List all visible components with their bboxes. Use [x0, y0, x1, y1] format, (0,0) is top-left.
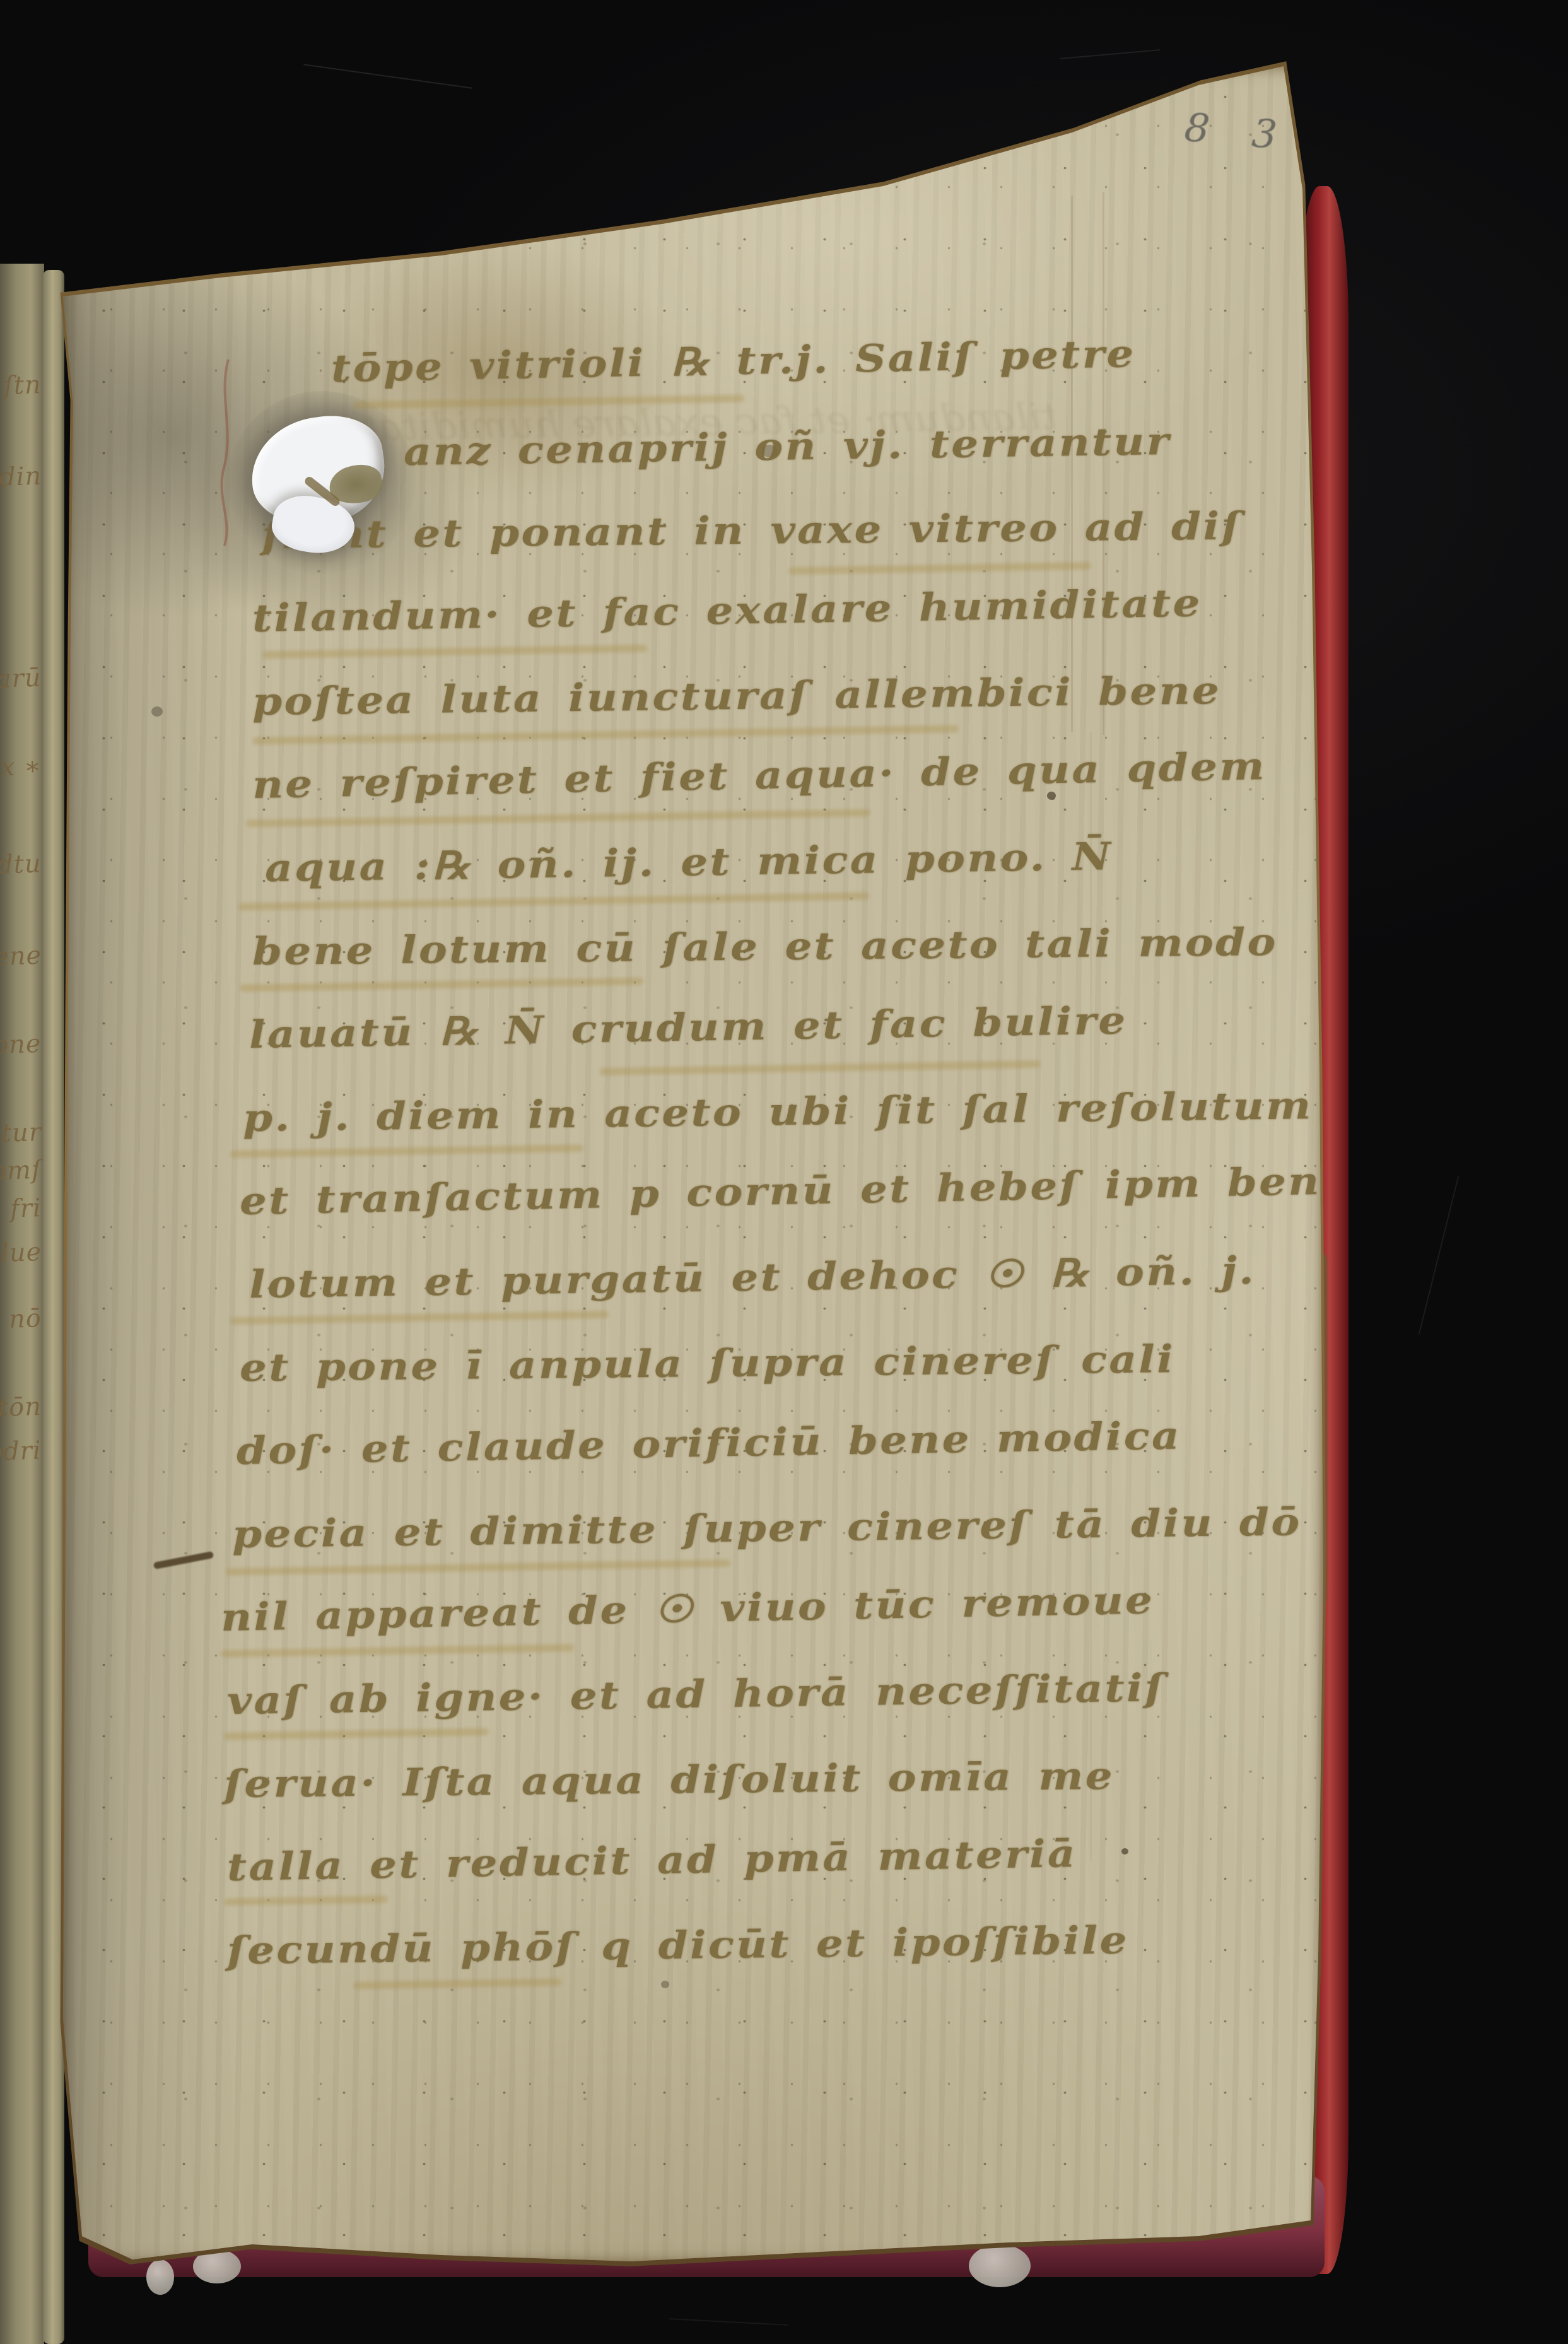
facing-page-text-fragment: ex ∗ [0, 751, 42, 782]
facing-page-text-fragment: nō [8, 1304, 42, 1334]
manuscript-text-line: p. j. diem in aceto ubi ſit ſal reſolutu… [242, 1077, 1313, 1147]
facing-page-text-fragment: omſ [0, 1156, 42, 1187]
facing-page-text-fragment: odtu [0, 849, 42, 880]
glue-blob [969, 2244, 1031, 2287]
scratch-mark [1060, 49, 1161, 59]
manuscript-text-line: tilandum· et fac exalare humiditate [252, 575, 1202, 647]
manuscript-text-line: anz cenaprij oñ vj. terrantur [403, 413, 1171, 481]
ink-smear-underline [230, 1144, 583, 1158]
red-pigment-mark [214, 356, 242, 552]
facing-page-text-fragment: din [0, 462, 42, 492]
manuscript-text-line: vaſ ab igne· et ad horā neceſſitatiſ [226, 1660, 1166, 1730]
manuscript-text-line: ſecundū phōſ q dicūt et ipoſſibile [226, 1912, 1129, 1979]
manuscript-text-line: lotum et purgatū et dehoc ☉ ℞ oñ. j. [249, 1243, 1256, 1313]
ink-spot [661, 1981, 669, 1988]
manuscript-text-line: tōpe vitrioli ℞ tr.j. Saliſ petre [331, 325, 1137, 397]
facing-page-text-fragment: tōn [0, 1392, 42, 1422]
manuscript-text-line: fiunt et ponant in vaxe vitreo ad diſ [261, 498, 1242, 564]
facing-page-text-fragment: one [0, 1029, 42, 1060]
manuscript-text-line: talla et reducit ad pmā materiā [226, 1825, 1078, 1896]
manuscript-text-line: lauatū ℞ N̄ crudum et fac bulire [249, 992, 1128, 1064]
manuscript-text-line: pecia et dimitte ſuper cinereſ tā diu dō [231, 1494, 1302, 1563]
gutter-page-fold [43, 270, 64, 2344]
glue-blob [146, 2259, 174, 2295]
scratch-mark [669, 2318, 788, 2326]
manuscript-text-line: poſtea luta iuncturaſ allembici bene [252, 662, 1221, 730]
facing-page-text-fragment: larū [0, 664, 42, 694]
ink-smear-underline [221, 1644, 574, 1658]
ink-smear-underline [224, 1896, 388, 1906]
facing-page-text-fragment: fri [9, 1193, 42, 1224]
folio-number: 8 3 [1183, 104, 1294, 160]
facing-page-text-fragment: odri [0, 1436, 42, 1467]
manuscript-text-line: nil appareat de ☉ viuo tūc remoue [220, 1572, 1155, 1646]
ink-spot [151, 706, 163, 717]
ink-smear-underline [599, 1060, 1041, 1075]
manuscript-page: tilandum· et fac exalare humiditate 8 3 … [56, 57, 1330, 2271]
facing-page-text-fragment: ene [0, 941, 42, 972]
scratch-mark [303, 64, 472, 89]
facing-page-edge: ſtndinlarūex ∗odtueneoneturomſfriluenōtō… [0, 264, 44, 2344]
scratch-mark [1419, 1176, 1460, 1335]
facing-page-text-fragment: tur [1, 1118, 42, 1148]
margin-dash-mark [153, 1551, 214, 1569]
manuscript-text-line: bene lotum cū ſale et aceto tali modo [252, 914, 1278, 980]
ink-smear-underline [353, 1978, 561, 1989]
manuscript-text-line: ne reſpiret et fiet aqua· de qua qdem [252, 738, 1267, 814]
manuscript-text-line: doſ· et claude orificiū bene modica [236, 1407, 1182, 1479]
ink-spot [1121, 1848, 1128, 1855]
manuscript-text-line: et tranſactum p cornū et hebeſ ipm bene [239, 1152, 1351, 1230]
ink-smear-underline [262, 645, 647, 659]
manuscript-text-line: et pone ī anpula ſupra cinereſ cali [239, 1331, 1175, 1397]
facing-page-text-fragment: lue [0, 1238, 42, 1268]
manuscript-text-line: aqua :℞ oñ. ij. et mica pono. N̄ [264, 828, 1113, 897]
photo-backdrop: ſtndinlarūex ∗odtueneoneturomſfriluenōtō… [0, 0, 1568, 2344]
ink-smear-underline [788, 562, 1091, 575]
ink-smear-underline [224, 1728, 489, 1740]
facing-page-text-fragment: ſtn [4, 370, 42, 401]
manuscript-text-line: ſerua· Iſta aqua diſoluit omīa me [223, 1748, 1115, 1813]
